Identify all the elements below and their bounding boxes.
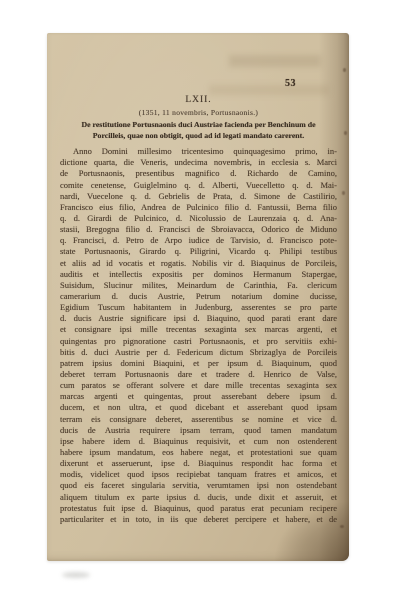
body-text-line: marcas argenti et quingentas, prout asse… bbox=[60, 391, 337, 402]
body-text-line: nardi, Vuecelone q. d. Gebrielis de Prat… bbox=[60, 191, 337, 202]
body-text-line: state Portusnaonis, Girardo q. Piligrini… bbox=[60, 246, 337, 257]
body-text-line: Egidium Tuscum habitantem in Judenburg, … bbox=[60, 302, 337, 313]
page-edge-speck bbox=[344, 131, 347, 135]
body-text-line: terram eis consignare deberet, asserenti… bbox=[60, 414, 337, 425]
body-text-line: habere ipsum mandatum, eos habere negat,… bbox=[60, 447, 337, 458]
section-number: LXII. bbox=[60, 95, 337, 106]
body-text-line: Francisco eius filio, Andrea de Pulcinic… bbox=[60, 202, 337, 213]
body-text-line: ipse habere idem d. Biaquinus requisivit… bbox=[60, 436, 337, 447]
body-text-line: modis, videlicet quod ipsos recipiebat t… bbox=[60, 469, 337, 480]
body-text-line: quingentas pro pignoratione castri Portu… bbox=[60, 336, 337, 347]
body-text-line: cum paratos se offerant solvere et dare … bbox=[60, 380, 337, 391]
body-text-line: particulariter et in toto, in iis que de… bbox=[60, 514, 337, 525]
body-text-line: ducem, et non ultra, et quod dicebant et… bbox=[60, 402, 337, 413]
body-text-line: q. d. Girardi de Pulcinico, d. Nicolussi… bbox=[60, 213, 337, 224]
body-text-line: auditis et intellectis expositis per dom… bbox=[60, 269, 337, 280]
body-text-line: d. ducis Austrie significare ipsi d. Bia… bbox=[60, 313, 337, 324]
body-text-line: et consignare ipsi mille trecentas sexag… bbox=[60, 324, 337, 335]
body-text-line: comite cenetense, Guiglelmino q. d. Albe… bbox=[60, 180, 337, 191]
body-text-line: quod eis faceret singularia servitia, ve… bbox=[60, 480, 337, 491]
page-edge-speck bbox=[342, 191, 345, 195]
body-text-line: de Portusnaonis, presentibus magnifico d… bbox=[60, 168, 337, 179]
body-text-line: ducis de Austria requirere ipsam terram,… bbox=[60, 425, 337, 436]
body-text-line: camerarium d. ducis Austrie, Petrum nota… bbox=[60, 291, 337, 302]
body-text-line: patrem ipsius domini Biaquini, et per ip… bbox=[60, 358, 337, 369]
body-text-line: et aliis ad id vocatis et rogatis. Nobil… bbox=[60, 258, 337, 269]
body-text-line: protestatus fuit ipse d. Biaquinus, quod… bbox=[60, 503, 337, 514]
body-text-line: deberet terram Portusnaonis dare et trad… bbox=[60, 369, 337, 380]
body-text-line: q. Francisci, d. Petro de Arpo iudice de… bbox=[60, 235, 337, 246]
title-line: Porcilleis, quae non obtigit, quod ad id… bbox=[60, 131, 337, 142]
dateline: (1351, 11 novembris, Portusnaonis.) bbox=[60, 108, 337, 117]
screenshot-backdrop: 53 LXII. (1351, 11 novembris, Portusnaon… bbox=[0, 0, 394, 600]
book-page: 53 LXII. (1351, 11 novembris, Portusnaon… bbox=[47, 33, 349, 561]
body-text-line: Anno Domini millesimo tricentesimo quinq… bbox=[60, 146, 337, 157]
body-paragraph: Anno Domini millesimo tricentesimo quinq… bbox=[60, 146, 337, 525]
body-text-line: dictione quarta, die Veneris, undecima n… bbox=[60, 157, 337, 168]
text-block: LXII. (1351, 11 novembris, Portusnaonis.… bbox=[60, 33, 337, 525]
page-edge-speck bbox=[343, 68, 346, 72]
body-text-line: aliquem titulum ex parte ipsius d. ducis… bbox=[60, 492, 337, 503]
body-text-line: dixerunt et asseruerunt, ipse d. Biaquin… bbox=[60, 458, 337, 469]
page-edge-speck bbox=[340, 525, 344, 528]
body-text-line: stasii, Bregogna filio d. Francisci de S… bbox=[60, 224, 337, 235]
document-header: LXII. (1351, 11 novembris, Portusnaonis.… bbox=[60, 95, 337, 141]
title-line: De restitutione Portusnaonis duci Austri… bbox=[60, 120, 337, 131]
photo-smudge bbox=[62, 572, 90, 578]
body-text-line: Suisidum, Slucinur milites, Meinardum de… bbox=[60, 280, 337, 291]
body-text-line: bitis d. duci Austrie per d. Federicum d… bbox=[60, 347, 337, 358]
document-title: De restitutione Portusnaonis duci Austri… bbox=[60, 120, 337, 141]
